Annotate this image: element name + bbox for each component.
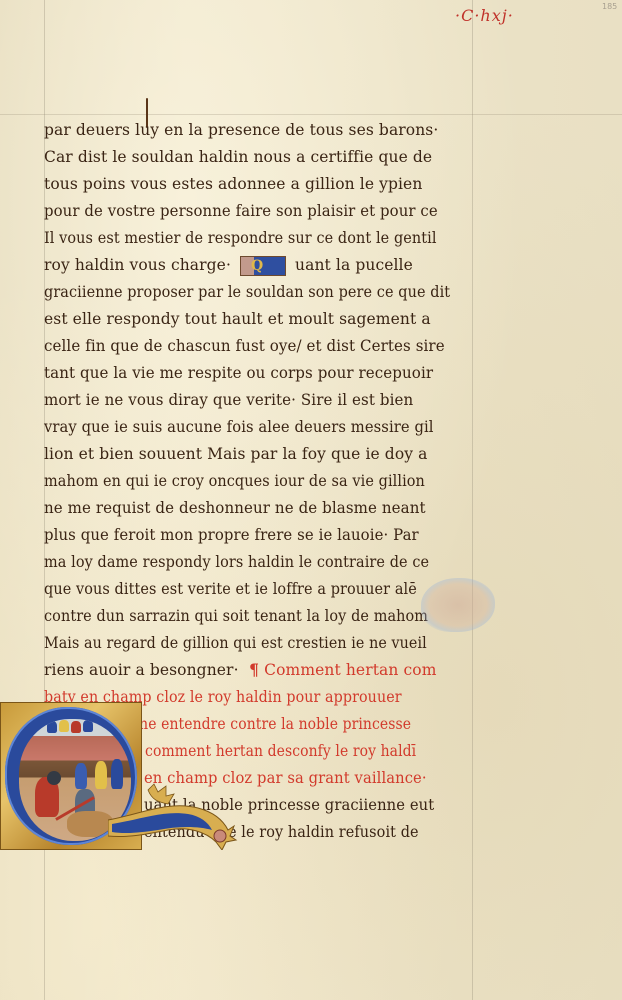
text-line: tant que la vie me respite ou corps pour… <box>44 361 433 385</box>
initial-tail-flourish <box>108 780 238 850</box>
text-line: que vous dittes est verite et ie loffre … <box>44 577 417 601</box>
text-line: Car dist le souldan haldin nous a certif… <box>44 145 432 169</box>
text-line: plus que feroit mon propre frere se ie l… <box>44 523 419 547</box>
text-line: mahom en qui ie croy oncques iour de sa … <box>44 469 425 493</box>
text-segment: riens auoir a besongner· <box>44 661 239 679</box>
knight-helmet <box>47 771 61 785</box>
spectator-figure <box>83 720 93 732</box>
initial-letter: Q <box>251 258 263 274</box>
ruling-top <box>0 114 622 115</box>
text-line-with-rubric: riens auoir a besongner· ¶ Comment herta… <box>44 658 437 682</box>
text-line: lion et bien souuent Mais par la foy que… <box>44 442 427 466</box>
text-line: tous poins vous estes adonnee a gillion … <box>44 172 422 196</box>
text-line: ne me requist de deshonneur ne de blasme… <box>44 496 426 520</box>
fallen-horse <box>67 811 113 837</box>
text-line: est elle respondy tout hault et moult sa… <box>44 307 431 331</box>
spectator-figure <box>59 720 69 732</box>
judge-figure <box>75 763 87 789</box>
text-line-with-initial: roy haldin vous charge· Q uant la pucell… <box>44 253 413 277</box>
text-segment: uant la pucelle <box>295 256 413 274</box>
text-line: vray que ie suis aucune fois alee deuers… <box>44 415 434 439</box>
small-decorated-initial: Q <box>240 256 286 276</box>
text-segment: roy haldin vous charge· <box>44 256 231 274</box>
text-line: Mais au regard de gillion qui est cresti… <box>44 631 427 655</box>
text-line: graciienne proposer par le souldan son p… <box>44 280 450 304</box>
text-line: contre dun sarrazin qui soit tenant la l… <box>44 604 428 628</box>
text-line: mort ie ne vous diray que verite· Sire i… <box>44 388 413 412</box>
spectator-figure <box>47 721 57 733</box>
text-line: ma loy dame respondy lors haldin le cont… <box>44 550 429 574</box>
paragraph-mark: ¶ <box>244 660 259 679</box>
text-line: pour de vostre personne faire son plaisi… <box>44 199 438 223</box>
ruling-right-margin <box>472 0 473 1000</box>
folio-number: ·C·hxj· <box>455 6 514 25</box>
text-line: Il vous est mestier de respondre sur ce … <box>44 226 437 250</box>
text-line: celle fin que de chascun fust oye/ et di… <box>44 334 445 358</box>
rubric-segment: Comment hertan com <box>264 661 436 679</box>
marginal-flourish <box>421 578 495 632</box>
text-line: par deuers luy en la presence de tous se… <box>44 118 438 142</box>
herald-figure <box>95 761 107 789</box>
manuscript-page: ·C·hxj· 185 par deuers luy en la presenc… <box>0 0 622 1000</box>
pencil-foliation: 185 <box>602 2 617 11</box>
spectator-figure <box>71 721 81 733</box>
